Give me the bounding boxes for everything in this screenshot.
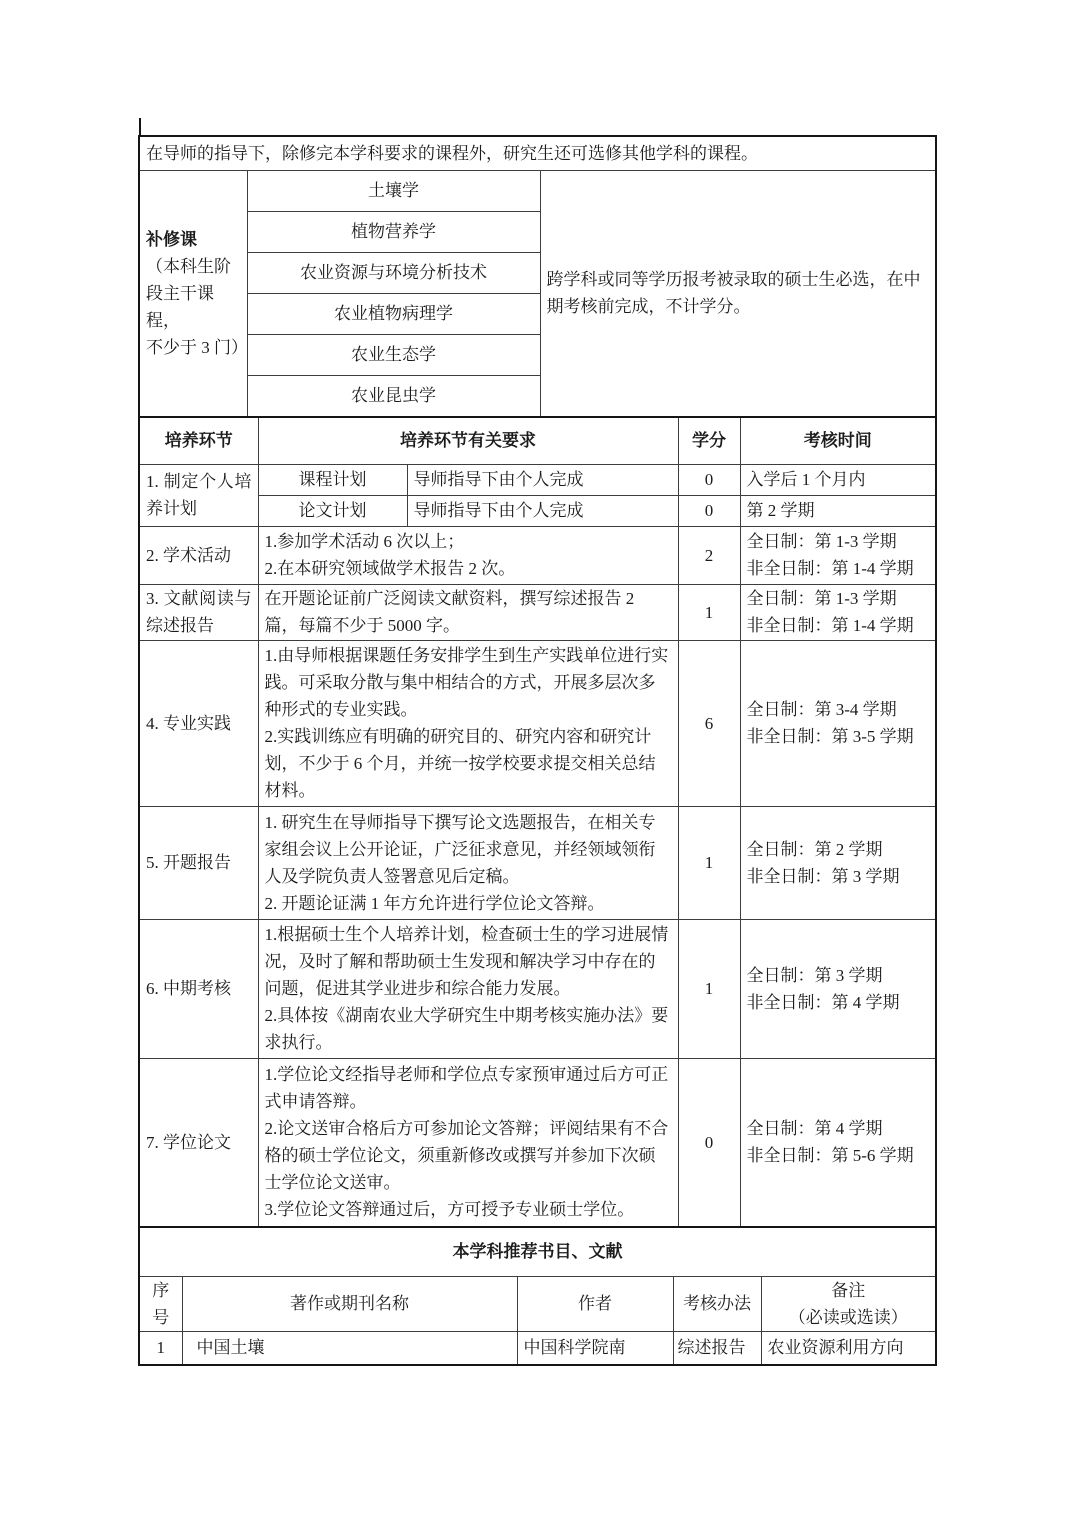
assessment-time: 全日制：第 1-3 学期 非全日制：第 1-4 学期: [740, 526, 935, 584]
stage-requirements: 在开题论证前广泛阅读文献资料，撰写综述报告 2 篇，每篇不少于 5000 字。: [258, 584, 678, 640]
elective-note: 在导师的指导下，除修完本学科要求的课程外，研究生还可选修其他学科的课程。: [140, 137, 935, 170]
credit-value: 1: [678, 919, 740, 1058]
training-plan-document: 在导师的指导下，除修完本学科要求的课程外，研究生还可选修其他学科的课程。 补修课…: [138, 135, 937, 1366]
book-row-author: 中国科学院南: [517, 1331, 673, 1364]
credit-value: 1: [678, 806, 740, 919]
plan-name-course: 课程计划: [258, 464, 407, 495]
stage-requirements: 1.参加学术活动 6 次以上； 2.在本研究领域做学术报告 2 次。: [258, 526, 678, 584]
assessment-time: 入学后 1 个月内: [740, 464, 935, 495]
plan-name-thesis: 论文计划: [258, 495, 407, 526]
credit-value: 0: [678, 464, 740, 495]
book-row-method: 综述报告: [673, 1331, 761, 1364]
course-item: 农业植物病理学: [247, 293, 540, 334]
header-credits: 学分: [678, 418, 740, 464]
assessment-time: 全日制：第 2 学期 非全日制：第 3 学期: [740, 806, 935, 919]
books-header-method: 考核办法: [673, 1276, 761, 1331]
books-header-remark: 备注 （必读或选读）: [761, 1276, 935, 1331]
supplementary-course-detail: （本科生阶 段主干课程， 不少于 3 门）: [146, 253, 241, 361]
stage-requirements: 1.由导师根据课题任务安排学生到生产实践单位进行实践。可采取分散与集中相结合的方…: [258, 640, 678, 806]
course-item: 土壤学: [247, 170, 540, 211]
stage-label-professional-practice: 4. 专业实践: [140, 640, 258, 806]
book-row-name: 中国土壤: [182, 1331, 517, 1364]
credit-value: 0: [678, 495, 740, 526]
stage-label-academic-activity: 2. 学术活动: [140, 526, 258, 584]
assessment-time: 第 2 学期: [740, 495, 935, 526]
book-row-remark: 农业资源利用方向: [761, 1331, 935, 1364]
books-section-title: 本学科推荐书目、文献: [140, 1228, 935, 1276]
stage-label-degree-thesis: 7. 学位论文: [140, 1058, 258, 1226]
credit-value: 2: [678, 526, 740, 584]
books-header-name: 著作或期刊名称: [182, 1276, 517, 1331]
stage-label-personal-plan: 1. 制定个人培养计划: [140, 464, 258, 526]
assessment-time: 全日制：第 3-4 学期 非全日制：第 3-5 学期: [740, 640, 935, 806]
course-item: 农业生态学: [247, 334, 540, 375]
course-item: 农业资源与环境分析技术: [247, 252, 540, 293]
books-header-author: 作者: [517, 1276, 673, 1331]
plan-req-course: 导师指导下由个人完成: [407, 464, 678, 495]
plan-req-thesis: 导师指导下由个人完成: [407, 495, 678, 526]
assessment-time: 全日制：第 1-3 学期 非全日制：第 1-4 学期: [740, 584, 935, 640]
stage-label-midterm-assessment: 6. 中期考核: [140, 919, 258, 1058]
credit-value: 1: [678, 584, 740, 640]
header-time: 考核时间: [740, 418, 935, 464]
supplementary-course-label: 补修课 （本科生阶 段主干课程， 不少于 3 门）: [140, 170, 247, 416]
assessment-time: 全日制：第 4 学期 非全日制：第 5-6 学期: [740, 1058, 935, 1226]
book-row-no: 1: [140, 1331, 182, 1364]
stage-label-proposal-report: 5. 开题报告: [140, 806, 258, 919]
stage-requirements: 1.根据硕士生个人培养计划，检查硕士生的学习进展情况，及时了解和帮助硕士生发现和…: [258, 919, 678, 1058]
course-item: 植物营养学: [247, 211, 540, 252]
stage-requirements: 1.学位论文经指导老师和学位点专家预审通过后方可正式申请答辩。 2.论文送审合格…: [258, 1058, 678, 1226]
stage-label-literature-review: 3. 文献阅读与综述报告: [140, 584, 258, 640]
credit-value: 0: [678, 1058, 740, 1226]
training-stage-table: 培养环节 培养环节有关要求 学分 考核时间 1. 制定个人培养计划 课程计划 导…: [140, 418, 935, 1226]
credit-value: 6: [678, 640, 740, 806]
stage-requirements: 1. 研究生在导师指导下撰写论文选题报告，在相关专家组会议上公开论证，广泛征求意…: [258, 806, 678, 919]
assessment-time: 全日制：第 3 学期 非全日制：第 4 学期: [740, 919, 935, 1058]
course-item: 农业昆虫学: [247, 375, 540, 416]
header-requirements: 培养环节有关要求: [258, 418, 678, 464]
supplementary-note: 跨学科或同等学历报考被录取的硕士生必选，在中期考核前完成，不计学分。: [540, 170, 935, 416]
supplementary-course-table: 在导师的指导下，除修完本学科要求的课程外，研究生还可选修其他学科的课程。 补修课…: [140, 137, 935, 416]
recommended-books-table: 本学科推荐书目、文献 序号 著作或期刊名称 作者 考核办法 备注 （必读或选读）…: [140, 1228, 935, 1364]
header-stage: 培养环节: [140, 418, 258, 464]
supplementary-course-title: 补修课: [146, 226, 241, 253]
books-header-no: 序号: [140, 1276, 182, 1331]
